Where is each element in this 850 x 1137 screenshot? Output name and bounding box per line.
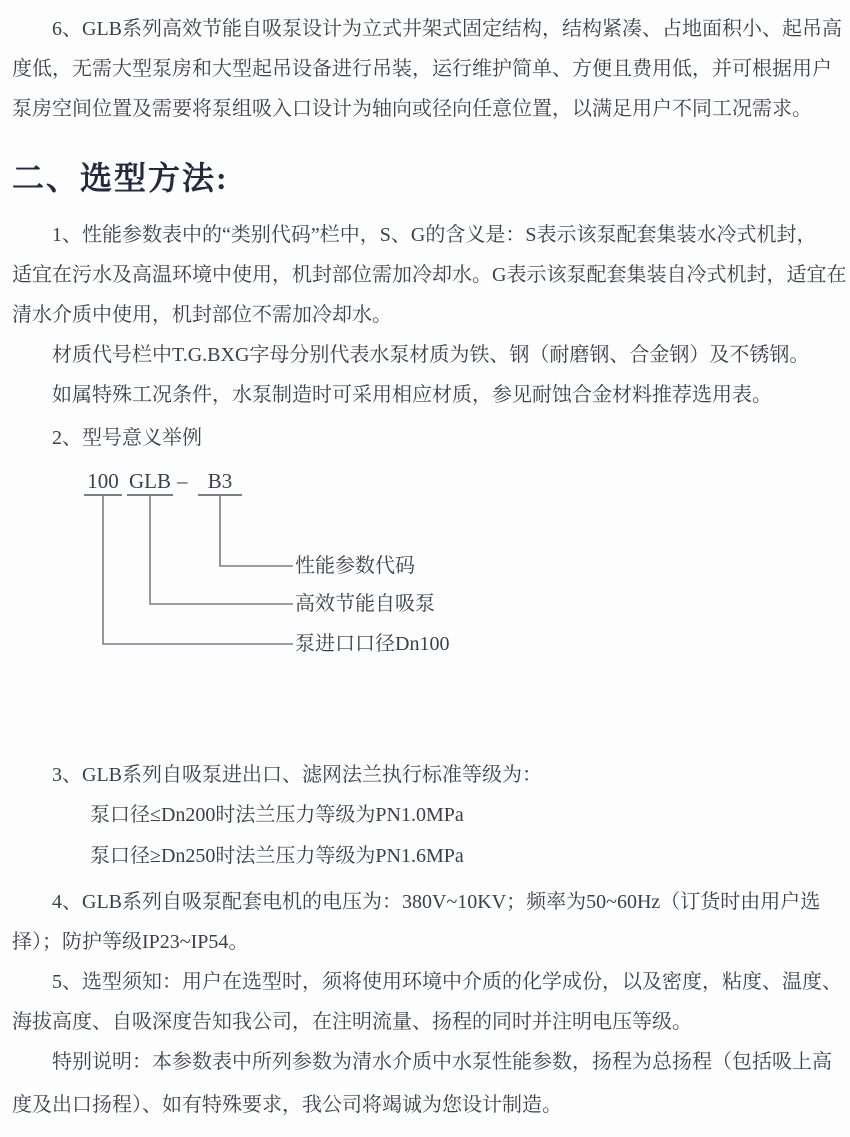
diagram-label-inlet-diameter: 泵进口口径Dn100 <box>295 631 449 657</box>
model-code-series: GLB <box>127 468 173 496</box>
text-line: 3、GLB系列自吸泵进出口、滤网法兰执行标准等级为： <box>52 762 542 788</box>
text-line: 度低，无需大型泵房和大型起吊设备进行吊装，运行维护简单、方便且费用低，并可根据用… <box>12 56 832 82</box>
text-line: 如属特殊工况条件，水泵制造时可采用相应材质，参见耐蚀合金材料推荐选用表。 <box>52 382 772 408</box>
text-line: 2、型号意义举例 <box>52 425 202 451</box>
text-line: 1、性能参数表中的“类别代码”栏中，S、G的含义是：S表示该泵配套集装水冷式机封… <box>52 222 816 248</box>
model-code-dash: – <box>177 468 188 494</box>
text-line: 海拔高度、自吸深度告知我公司，在注明流量、扬程的同时并注明电压等级。 <box>12 1009 692 1035</box>
diagram-label-performance-code: 性能参数代码 <box>295 553 415 579</box>
text-line: 特别说明：本参数表中所列参数为清水介质中水泵性能参数，扬程为总扬程（包括吸上高 <box>52 1049 832 1075</box>
text-line: 度及出口扬程）、如有特殊要求，我公司将竭诚为您设计制造。 <box>12 1092 562 1118</box>
diagram-label-pump-type: 高效节能自吸泵 <box>295 591 435 617</box>
document-page: 6、GLB系列高效节能自吸泵设计为立式井架式固定结构，结构紧凑、占地面积小、起吊… <box>0 0 850 1137</box>
text-line: 6、GLB系列高效节能自吸泵设计为立式井架式固定结构，结构紧凑、占地面积小、起吊… <box>52 16 842 42</box>
text-line: 适宜在污水及高温环境中使用，机封部位需加冷却水。G表示该泵配套集装自冷式机封，适… <box>12 262 846 288</box>
model-code-inlet-diameter: 100 <box>84 468 122 496</box>
model-code-performance: B3 <box>198 468 242 496</box>
text-line: 泵口径≤Dn200时法兰压力等级为PN1.0MPa <box>90 802 464 828</box>
text-line: 5、选型须知：用户在选型时，须将使用环境中介质的化学成份，以及密度，粘度、温度、 <box>52 969 842 995</box>
text-line: 4、GLB系列自吸泵配套电机的电压为：380V~10KV；频率为50~60Hz（… <box>52 889 820 915</box>
text-line: 泵房空间位置及需要将泵组吸入口设计为轴向或径向任意位置，以满足用户不同工况需求。 <box>12 96 812 122</box>
section-heading: 二、选型方法: <box>12 153 229 199</box>
text-line: 择）；防护等级IP23~IP54。 <box>12 929 248 955</box>
text-line: 材质代号栏中T.G.BXG字母分别代表水泵材质为铁、钢（耐磨钢、合金钢）及不锈钢… <box>52 342 809 368</box>
text-line: 清水介质中使用，机封部位不需加冷却水。 <box>12 302 392 328</box>
model-code-diagram: 100 GLB – B3 性能参数代码 高效节能自吸泵 泵进口口径Dn100 <box>14 468 836 683</box>
text-line: 泵口径≥Dn250时法兰压力等级为PN1.6MPa <box>90 843 464 869</box>
